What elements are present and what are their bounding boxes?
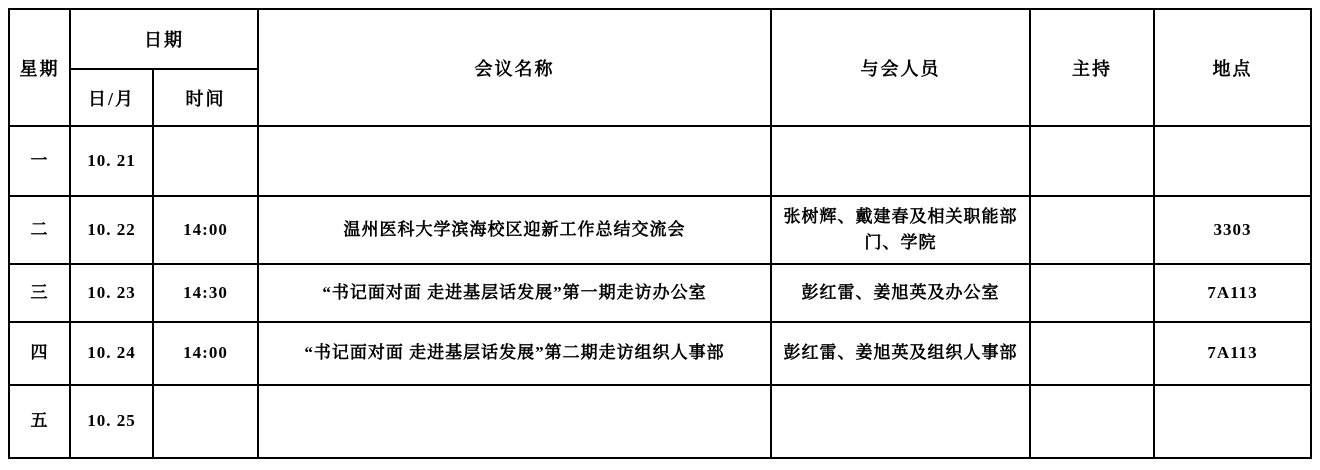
host-cell [1030,126,1154,196]
header-date-group: 日期 [70,9,258,69]
time-cell: 14:00 [153,322,258,385]
location-cell: 3303 [1154,196,1311,264]
attendees-cell: 张树辉、戴建春及相关职能部门、学院 [771,196,1030,264]
location-cell: 7A113 [1154,264,1311,322]
attendees-cell: 彭红雷、姜旭英及组织人事部 [771,322,1030,385]
location-cell: 7A113 [1154,322,1311,385]
table-row-thursday: 四 10. 24 14:00 “书记面对面 走进基层话发展”第二期走访组织人事部… [9,322,1311,385]
host-cell [1030,322,1154,385]
meeting-schedule-table: 星期 日期 会议名称 与会人员 主持 地点 日/月 时间 一 10. 21 [8,8,1312,459]
time-cell [153,126,258,196]
header-row-1: 星期 日期 会议名称 与会人员 主持 地点 [9,9,1311,69]
time-cell [153,385,258,458]
meeting-name-cell: “书记面对面 走进基层话发展”第一期走访办公室 [258,264,771,322]
header-meeting-name: 会议名称 [258,9,771,126]
host-cell [1030,196,1154,264]
table-row-wednesday: 三 10. 23 14:30 “书记面对面 走进基层话发展”第一期走访办公室 彭… [9,264,1311,322]
weekday-cell: 五 [9,385,70,458]
attendees-cell [771,126,1030,196]
date-cell: 10. 23 [70,264,153,322]
meeting-name-cell [258,126,771,196]
meeting-name-cell: 温州医科大学滨海校区迎新工作总结交流会 [258,196,771,264]
attendees-cell [771,385,1030,458]
location-cell [1154,126,1311,196]
table-row-tuesday: 二 10. 22 14:00 温州医科大学滨海校区迎新工作总结交流会 张树辉、戴… [9,196,1311,264]
host-cell [1030,385,1154,458]
meeting-name-cell: “书记面对面 走进基层话发展”第二期走访组织人事部 [258,322,771,385]
header-location: 地点 [1154,9,1311,126]
table-row-monday: 一 10. 21 [9,126,1311,196]
header-attendees: 与会人员 [771,9,1030,126]
meeting-name-cell [258,385,771,458]
date-cell: 10. 21 [70,126,153,196]
time-cell: 14:00 [153,196,258,264]
date-cell: 10. 25 [70,385,153,458]
table-row-friday: 五 10. 25 [9,385,1311,458]
date-cell: 10. 22 [70,196,153,264]
weekday-cell: 四 [9,322,70,385]
attendees-cell: 彭红雷、姜旭英及办公室 [771,264,1030,322]
header-day-month: 日/月 [70,69,153,126]
date-cell: 10. 24 [70,322,153,385]
header-host: 主持 [1030,9,1154,126]
header-time: 时间 [153,69,258,126]
location-cell [1154,385,1311,458]
header-weekday: 星期 [9,9,70,126]
weekday-cell: 一 [9,126,70,196]
host-cell [1030,264,1154,322]
weekday-cell: 二 [9,196,70,264]
time-cell: 14:30 [153,264,258,322]
weekday-cell: 三 [9,264,70,322]
meeting-schedule-page: 星期 日期 会议名称 与会人员 主持 地点 日/月 时间 一 10. 21 [0,0,1320,470]
